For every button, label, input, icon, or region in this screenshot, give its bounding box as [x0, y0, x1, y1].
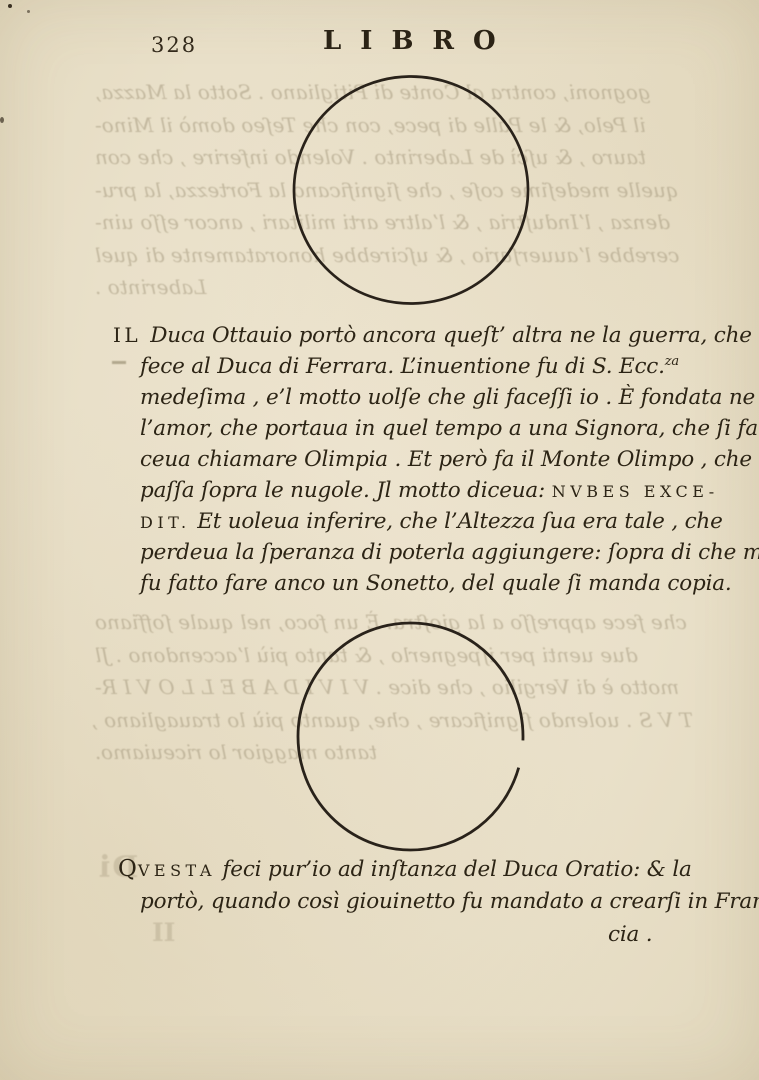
paper-speck	[0, 117, 4, 123]
text-segment: IL	[113, 323, 150, 347]
text-segment: perdeua la ſperanza di poterla aggiunger…	[140, 540, 759, 565]
text-segment: cia .	[608, 922, 652, 947]
text-line: cia .	[140, 922, 759, 955]
text-segment: za	[665, 354, 679, 369]
text-segment: portò, quando così giouinetto fu mandato…	[140, 889, 759, 914]
text-segment: fu fatto fare anco un Sonetto, del quale…	[140, 571, 732, 596]
text-line: QVESTA feci pur’io ad inſtanza del Duca …	[140, 856, 759, 889]
text-line: medeſima , e’l motto uolſe che gli faceſ…	[140, 385, 759, 416]
text-line: ceua chiamare Olimpia . Et però fa il Mo…	[140, 447, 759, 478]
text-segment: Et uoleua inferire, che l’Altezza ſua er…	[191, 509, 723, 534]
page-number: 328	[151, 33, 197, 57]
text-line: DIT. Et uoleua inferire, che l’Altezza ſ…	[140, 509, 759, 540]
paper-speck	[8, 4, 12, 8]
text-line: perdeua la ſperanza di poterla aggiunger…	[140, 540, 759, 571]
emblem-circle-top-icon	[288, 72, 534, 308]
paragraph-main: ILDuca Ottauio portò ancora queſt’ altra…	[140, 323, 759, 602]
text-segment: paſſa ſopra le nugole. Jl motto diceua:	[140, 478, 552, 503]
bleedthrough-mark	[112, 361, 126, 364]
paper-speck	[27, 10, 30, 13]
text-segment: ceua chiamare Olimpia . Et però fa il Mo…	[140, 447, 752, 472]
text-segment: l’amor, che portaua in quel tempo a una …	[140, 416, 758, 441]
text-segment: DIT.	[140, 513, 191, 532]
text-segment: Duca Ottauio portò ancora queſt’ altra n…	[150, 323, 752, 348]
text-line: portò, quando così giouinetto fu mandato…	[140, 889, 759, 922]
text-segment: Q	[118, 856, 138, 882]
text-line: fu fatto fare anco un Sonetto, del quale…	[140, 571, 759, 602]
book-page: 328 LIBRO gognoni, contra al Conte di Pi…	[0, 0, 759, 1080]
text-segment: NVBES EXCE-	[552, 482, 719, 501]
text-segment: medeſima , e’l motto uolſe che gli faceſ…	[140, 385, 755, 410]
running-header: LIBRO	[323, 26, 515, 56]
text-segment: fece al Duca di Ferrara. L’inuentione fu…	[140, 354, 665, 379]
text-segment: VESTA	[138, 861, 216, 880]
paragraph-closing: QVESTA feci pur’io ad inſtanza del Duca …	[140, 856, 759, 955]
text-line: fece al Duca di Ferrara. L’inuentione fu…	[140, 354, 759, 385]
text-line: ILDuca Ottauio portò ancora queſt’ altra…	[140, 323, 759, 354]
text-line: paſſa ſopra le nugole. Jl motto diceua: …	[140, 478, 759, 509]
text-line: l’amor, che portaua in quel tempo a una …	[140, 416, 759, 447]
text-segment: feci pur’io ad inſtanza del Duca Oratio:…	[216, 857, 692, 882]
emblem-circle-bottom-icon	[293, 618, 529, 856]
